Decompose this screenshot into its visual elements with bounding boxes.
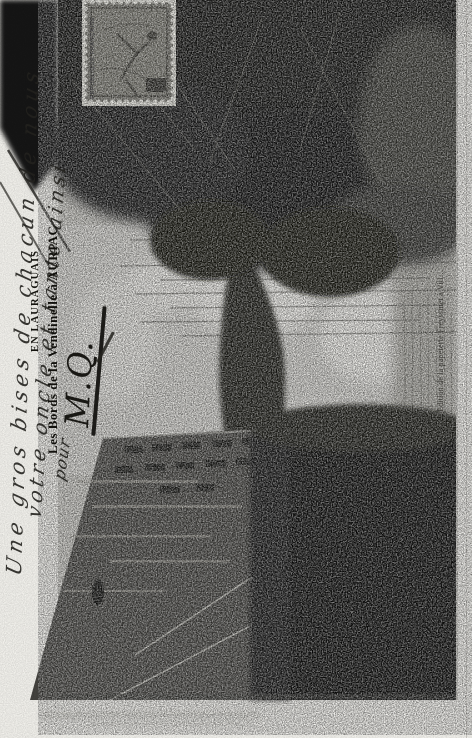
postcard-scan: Une gros bises de chacun de nous votre o… xyxy=(0,0,472,738)
scan-grain xyxy=(0,0,472,738)
postcard-photo xyxy=(0,0,472,738)
